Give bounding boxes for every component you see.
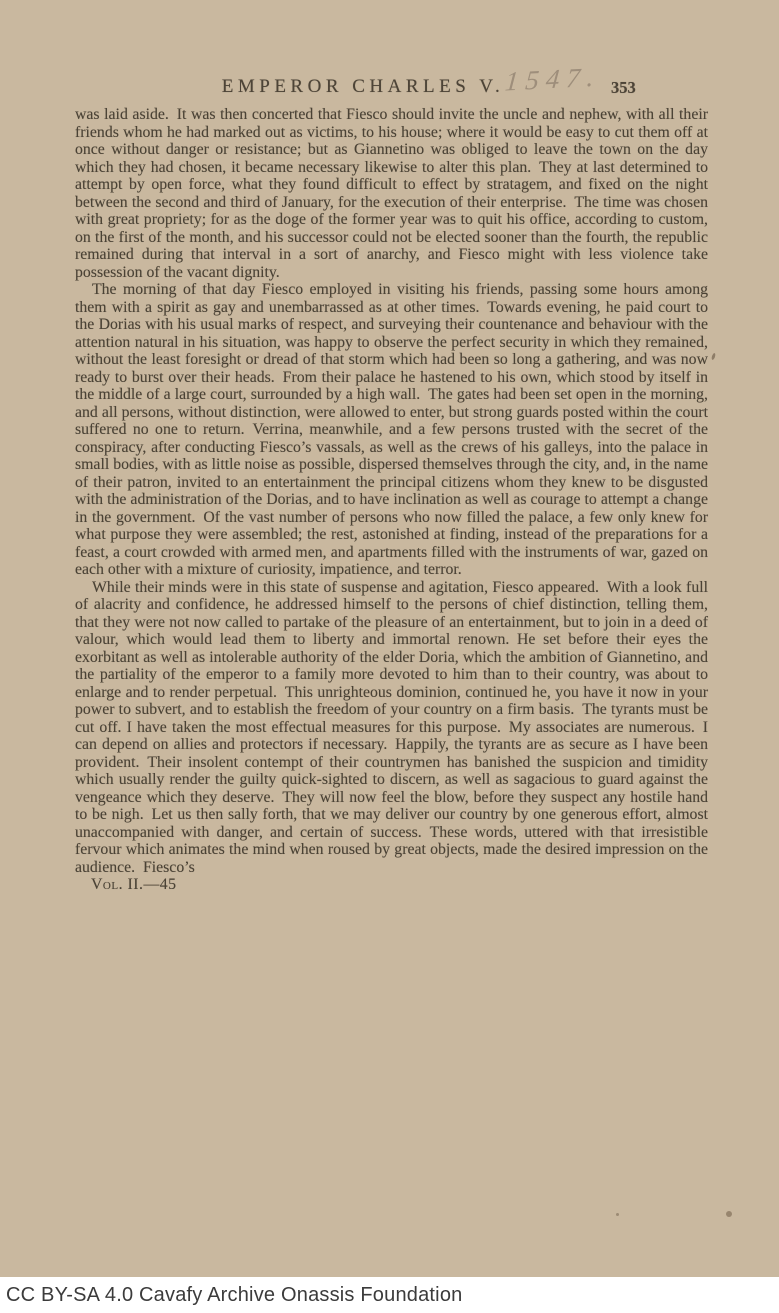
body-paragraph-1: was laid aside. It was then concerted th… xyxy=(75,106,708,281)
scanned-book-page: EMPEROR CHARLES V. 1547. 353 was laid as… xyxy=(0,0,779,1277)
volume-signature: Vol. II.—45 xyxy=(91,876,708,894)
body-text-block: was laid aside. It was then concerted th… xyxy=(75,106,708,894)
page-number: 353 xyxy=(611,78,636,98)
license-attribution-text: CC BY-SA 4.0 Cavafy Archive Onassis Foun… xyxy=(0,1284,462,1307)
running-header: EMPEROR CHARLES V. 1547. 353 xyxy=(0,72,779,102)
ink-speck xyxy=(726,1211,732,1217)
ink-speck xyxy=(616,1213,619,1216)
screenshot-viewport: EMPEROR CHARLES V. 1547. 353 was laid as… xyxy=(0,0,779,1313)
ink-speck xyxy=(711,353,716,361)
handwritten-year-annotation: 1547. xyxy=(504,61,602,97)
ink-speck xyxy=(100,220,102,222)
body-paragraph-3: While their minds were in this state of … xyxy=(75,579,708,877)
body-paragraph-2: The morning of that day Fiesco employed … xyxy=(75,281,708,579)
attribution-bar: CC BY-SA 4.0 Cavafy Archive Onassis Foun… xyxy=(0,1277,779,1313)
